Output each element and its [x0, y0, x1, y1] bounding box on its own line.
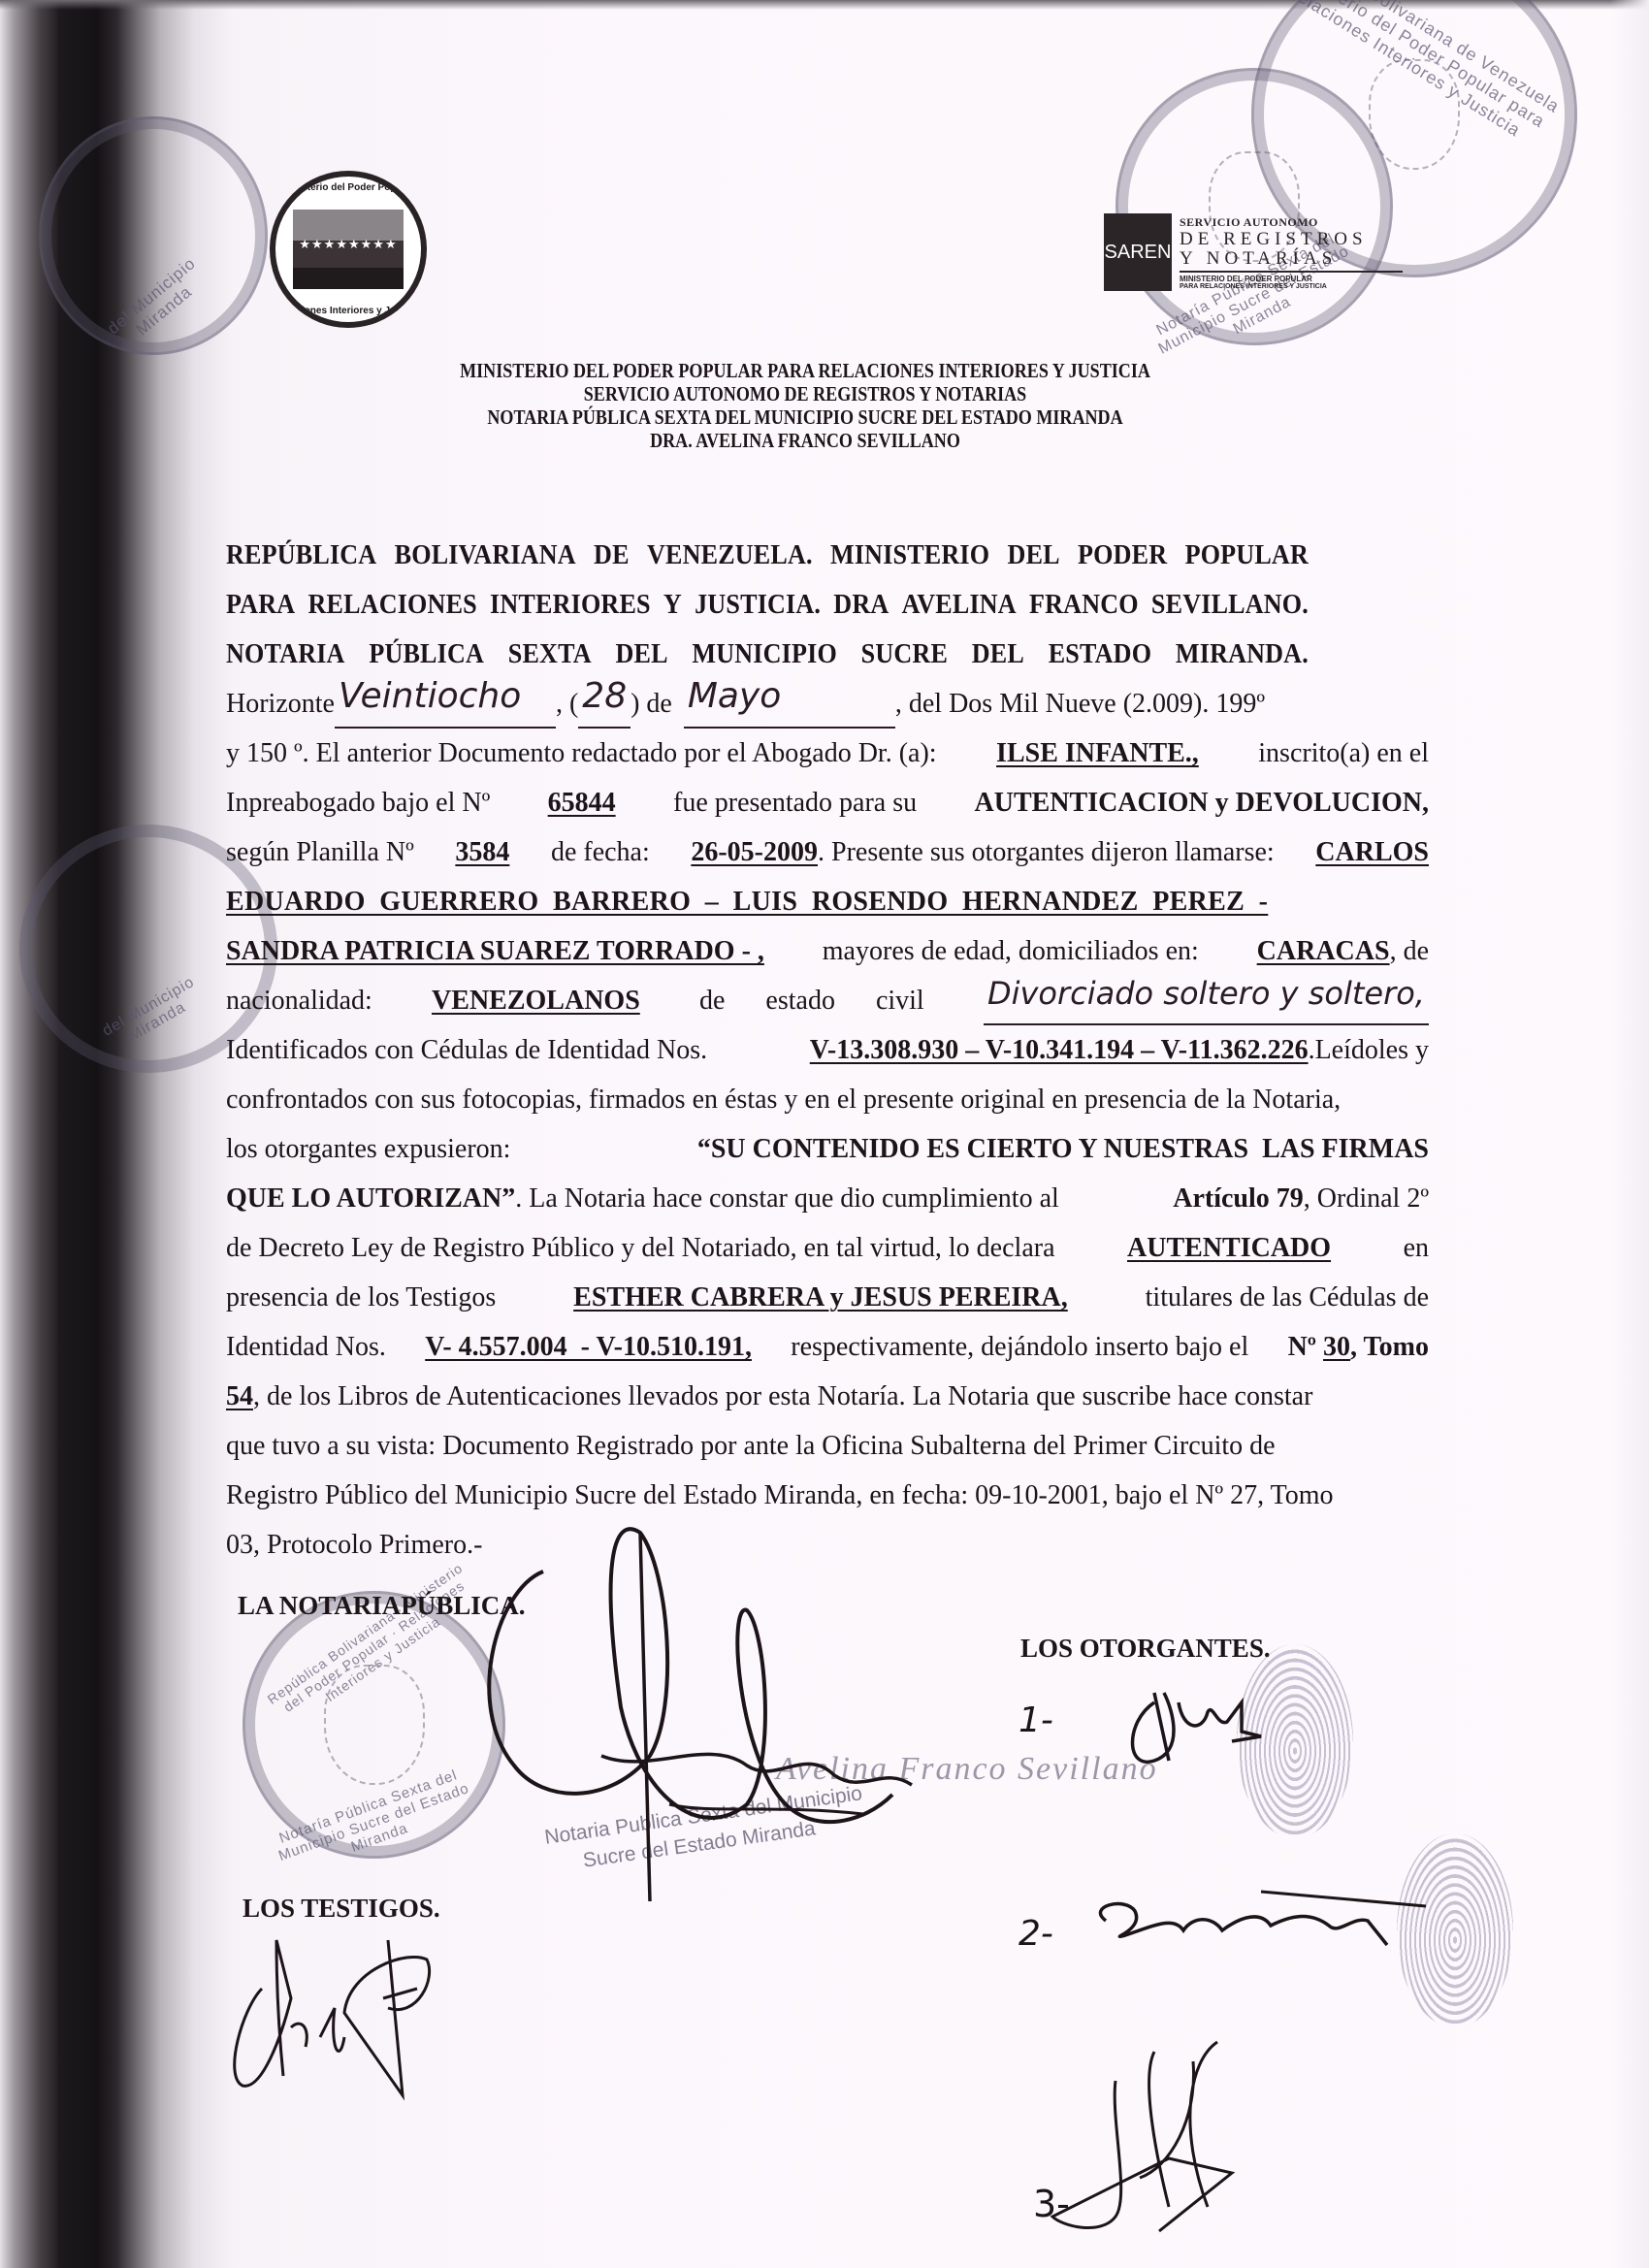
stars-icon: ★★★★★★★★: [275, 237, 421, 252]
grantors-signature-label: LOS OTORGANTES.: [1020, 1634, 1271, 1664]
saren-line: PARA RELACIONES INTERIORES Y JUSTICIA: [1180, 283, 1403, 290]
grantor-1-signature: 1-: [1009, 1664, 1280, 1770]
text: titulares de las Cédulas de: [1146, 1273, 1429, 1322]
text: ) de: [630, 679, 672, 729]
handwritten-day-number: 28: [578, 679, 630, 729]
witnesses-signature-label: LOS TESTIGOS.: [242, 1894, 440, 1924]
text: , (: [556, 679, 578, 729]
text: , de los Libros de Autenticaciones lleva…: [253, 1381, 1312, 1411]
caps-word: Y: [663, 580, 682, 630]
caps-word: POPULAR: [1185, 531, 1309, 580]
caps-word: REPÚBLICA: [226, 531, 376, 580]
saren-line: Y NOTARÍAS: [1180, 249, 1403, 269]
volume-number: 54: [226, 1381, 253, 1411]
flag-band-bottom: [293, 268, 404, 289]
body-caps-line: REPÚBLICABOLIVARIANADEVENEZUELA.MINISTER…: [226, 531, 1309, 580]
saren-line: SERVICIO AUTONOMO: [1180, 215, 1403, 230]
stamp-top-right-inner: Notaría Pública Sexta del Municipio Sucr…: [1115, 68, 1393, 345]
handwritten-day-words: Veintiocho: [335, 679, 556, 729]
grantor-ids: V-13.308.930 – V-10.341.194 – V-11.362.2…: [810, 1035, 1309, 1065]
ministry-logo: ★★★★★★★★ Ministerio del Poder Popular Re…: [270, 171, 427, 328]
witness-ids: V- 4.557.004 - V-10.510.191,: [425, 1322, 752, 1372]
planilla-date: 26-05-2009: [691, 837, 818, 867]
text: , Ordinal 2º: [1304, 1183, 1429, 1214]
planilla-number: 3584: [455, 827, 509, 877]
text: fue presentado para su: [673, 778, 917, 827]
saren-line: DE REGISTROS: [1180, 230, 1403, 249]
letterhead-line: MINISTERIO DEL PODER POPULAR PARA RELACI…: [430, 359, 1180, 382]
text: Identificados con Cédulas de Identidad N…: [226, 1025, 707, 1075]
notary-signature: [456, 1513, 921, 1921]
text: según Planilla Nº: [226, 827, 414, 877]
letterhead: MINISTERIO DEL PODER POPULAR PARA RELACI…: [430, 359, 1180, 452]
entry-number: 30: [1323, 1332, 1350, 1362]
caps-word: SUCRE: [861, 630, 948, 679]
handwritten-civil-status: Divorciado soltero y soltero,: [984, 976, 1429, 1025]
purpose: AUTENTICACION y DEVOLUCION,: [975, 778, 1430, 827]
document-body: REPÚBLICABOLIVARIANADEVENEZUELA.MINISTER…: [226, 531, 1429, 1570]
caps-word: VENEZUELA.: [647, 531, 813, 580]
saren-line: MINISTERIO DEL PODER POPULAR: [1180, 271, 1403, 283]
caps-word: JUSTICIA.: [695, 580, 821, 630]
caps-word: DEL: [615, 630, 667, 679]
letterhead-line: DRA. AVELINA FRANCO SEVILLANO: [430, 429, 1180, 452]
caps-word: MUNICIPIO: [692, 630, 837, 679]
stamp-text: del Municipio Miranda: [81, 963, 225, 1066]
text: Horizonte: [226, 679, 335, 729]
svg-text:2-: 2-: [1018, 1914, 1053, 1954]
stamp-left-top: del Municipio Miranda: [39, 116, 268, 355]
caps-word: DRA: [833, 580, 889, 630]
body-caps-line: NOTARIAPÚBLICASEXTADELMUNICIPIOSUCREDELE…: [226, 630, 1309, 679]
caps-word: SEXTA: [508, 630, 592, 679]
svg-text:3-: 3-: [1033, 2183, 1070, 2225]
text: , del Dos Mil Nueve (2.009). 199º: [895, 679, 1265, 729]
text: en: [1404, 1223, 1429, 1273]
text: y 150 º. El anterior Documento redactado…: [226, 729, 937, 778]
text: Identidad Nos.: [226, 1322, 386, 1372]
grantor-names: EDUARDO GUERRERO BARRERO – LUIS ROSENDO …: [226, 877, 1268, 926]
caps-word: PARA: [226, 580, 295, 630]
caps-word: MIRANDA.: [1176, 630, 1309, 679]
text: de fecha:: [551, 827, 650, 877]
grantor-names: SANDRA PATRICIA SUAREZ TORRADO - ,: [226, 926, 764, 976]
text: 03, Protocolo Primero.-: [226, 1520, 482, 1570]
letterhead-line: NOTARIA PÚBLICA SEXTA DEL MUNICIPIO SUCR…: [430, 405, 1180, 429]
caps-word: PÚBLICA: [369, 630, 484, 679]
witness-names: ESTHER CABRERA y JESUS PEREIRA,: [573, 1273, 1068, 1322]
body-caps-line: PARARELACIONESINTERIORESYJUSTICIA.DRAAVE…: [226, 580, 1309, 630]
caps-word: PODER: [1078, 531, 1167, 580]
text: nacionalidad:: [226, 976, 372, 1025]
text: que tuvo a su vista: Documento Registrad…: [226, 1421, 1276, 1471]
inpreabogado-number: 65844: [548, 778, 616, 827]
nationality: VENEZOLANOS: [432, 976, 640, 1025]
letterhead-line: SERVICIO AUTONOMO DE REGISTROS Y NOTARIA…: [430, 382, 1180, 405]
text: , de: [1390, 936, 1429, 966]
caps-word: NOTARIA: [226, 630, 345, 679]
caps-word: DE: [594, 531, 630, 580]
handwritten-month: Mayo: [684, 679, 895, 729]
text: de Decreto Ley de Registro Público y del…: [226, 1223, 1055, 1273]
text: confrontados con sus fotocopias, firmado…: [226, 1075, 1341, 1124]
lawyer-name: ILSE INFANTE.,: [996, 729, 1199, 778]
caps-word: DEL: [1008, 531, 1060, 580]
text: . Presente sus otorgantes dijeron llamar…: [818, 837, 1275, 867]
scan-right-fade: [1610, 0, 1649, 2268]
grantor-2-signature: 2-: [1018, 1877, 1426, 1964]
caps-word: INTERIORES: [490, 580, 651, 630]
text: Inpreabogado bajo el Nº: [226, 778, 490, 827]
caps-word: ESTADO: [1049, 630, 1151, 679]
text: los otorgantes expusieron:: [226, 1124, 510, 1174]
svg-text:1-: 1-: [1018, 1701, 1053, 1740]
caps-word: FRANCO: [1029, 580, 1139, 630]
article-reference: Artículo 79: [1173, 1183, 1304, 1214]
caps-word: MINISTERIO: [830, 531, 989, 580]
text: presencia de los Testigos: [226, 1273, 496, 1322]
logo-ring-top: Ministerio del Poder Popular: [275, 182, 421, 193]
saren-box: SAREN: [1104, 213, 1172, 291]
caps-word: RELACIONES: [307, 580, 476, 630]
saren-logo: SAREN SERVICIO AUTONOMO DE REGISTROS Y N…: [1104, 213, 1405, 296]
witness-signature: [223, 1930, 475, 2105]
declaration-quote: “SU CONTENIDO ES CIERTO Y NUESTRAS LAS F…: [697, 1124, 1429, 1174]
text: , Tomo: [1350, 1332, 1429, 1362]
authentication-status: AUTENTICADO: [1127, 1223, 1331, 1273]
logo-ring-bottom: Relaciones Interiores y Justicia: [275, 306, 421, 316]
text: Nº: [1288, 1332, 1316, 1362]
text: mayores de edad, domiciliados en:: [823, 926, 1199, 976]
text: respectivamente, dejándolo inserto bajo …: [791, 1322, 1248, 1372]
caps-word: BOLIVARIANA: [395, 531, 576, 580]
domicile-city: CARACAS: [1257, 936, 1390, 966]
declaration-quote: QUE LO AUTORIZAN”: [226, 1183, 515, 1214]
caps-word: AVELINA: [902, 580, 1017, 630]
text: . La Notaria hace constar que dio cumpli…: [515, 1183, 1059, 1214]
caps-word: SEVILLANO.: [1151, 580, 1309, 630]
grantor-name: CARLOS: [1315, 827, 1429, 877]
caps-word: DEL: [972, 630, 1024, 679]
text: inscrito(a) en el: [1258, 729, 1429, 778]
text: .Leídoles y: [1309, 1035, 1429, 1065]
grantor-3-signature: 3-: [1023, 2023, 1256, 2246]
text: de estado civil: [699, 976, 924, 1025]
